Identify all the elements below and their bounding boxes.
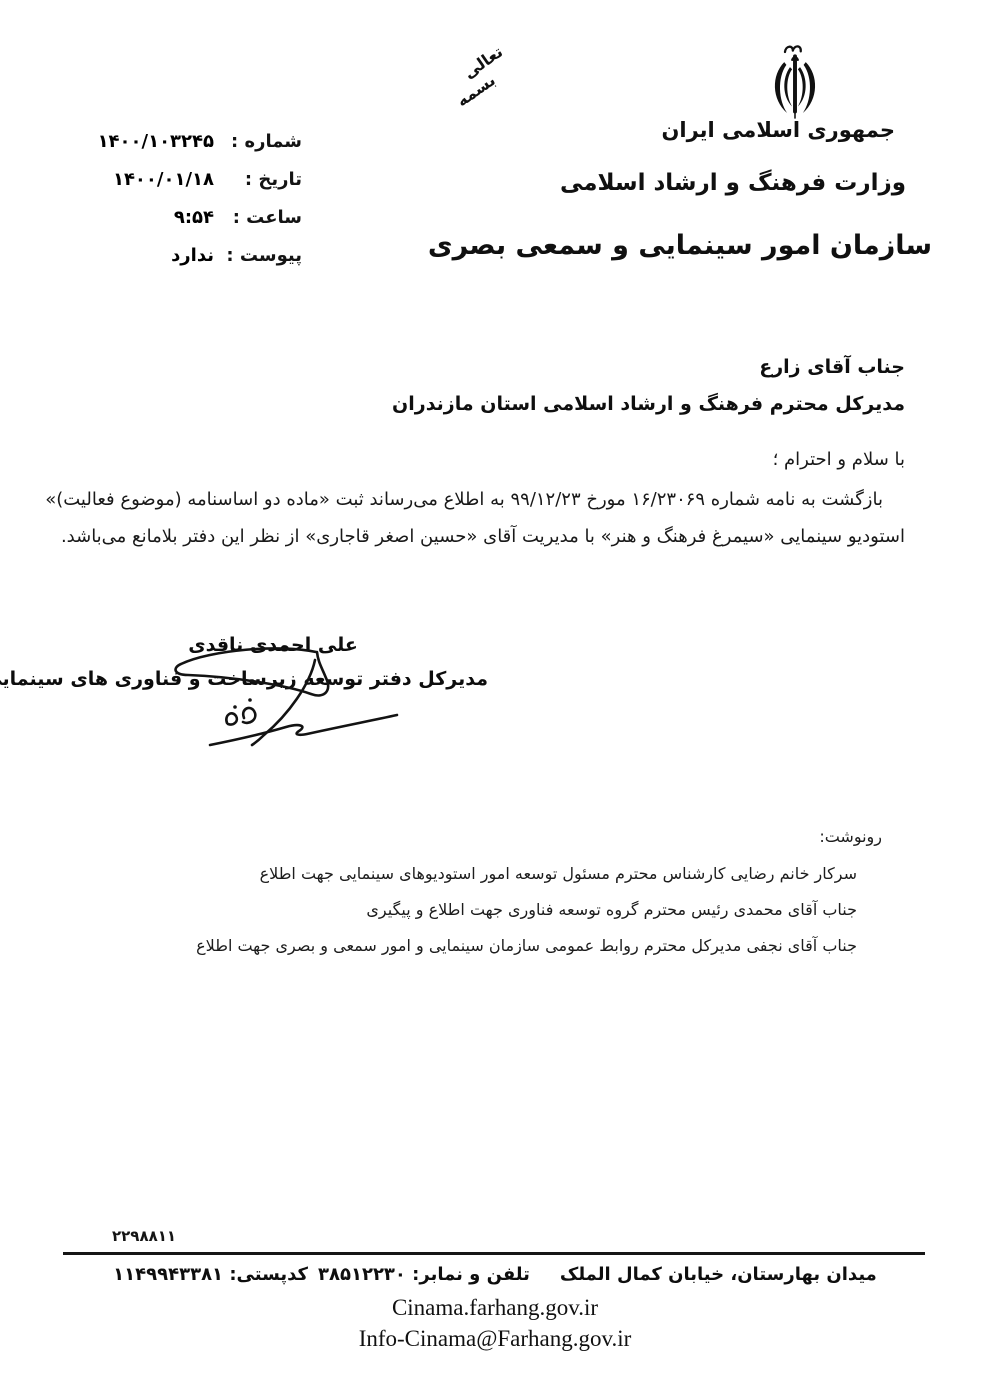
cc-heading: رونوشت: xyxy=(819,827,882,846)
meta-row-number: شماره : ۱۴۰۰/۱۰۳۲۴۵ xyxy=(98,131,302,152)
letter-body: بازگشت به نامه شماره ۱۶/۲۳۰۶۹ مورخ ۹۹/۱۲… xyxy=(80,481,905,555)
meta-label-date: تاریخ : xyxy=(224,169,302,190)
letter-meta-block: شماره : ۱۴۰۰/۱۰۳۲۴۵ تاریخ : ۱۴۰۰/۰۱/۱۸ س… xyxy=(98,131,302,283)
iran-emblem-icon xyxy=(762,42,828,128)
footer-email: Info-Cinama@Farhang.gov.ir xyxy=(0,1326,990,1352)
footer-website: Cinama.farhang.gov.ir xyxy=(0,1295,990,1321)
scanned-letter-page: تعالی بسمه جمهوری اسلامی ایران وزارت فره… xyxy=(0,0,990,1400)
handwritten-signature xyxy=(168,622,496,764)
cc-item-1: سرکار خانم رضایی کارشناس محترم مسئول توس… xyxy=(196,856,857,892)
meta-row-attachment: پیوست : ندارد xyxy=(98,245,302,266)
meta-value-date: ۱۴۰۰/۰۱/۱۸ xyxy=(113,169,214,190)
meta-row-date: تاریخ : ۱۴۰۰/۰۱/۱۸ xyxy=(98,169,302,190)
recipient-title: مدیرکل محترم فرهنگ و ارشاد اسلامی استان … xyxy=(392,386,905,423)
footer-address-row: میدان بهارستان، خیابان کمال الملک تلفن و… xyxy=(0,1264,990,1285)
cc-item-3: جناب آقای نجفی مدیرکل محترم روابط عمومی … xyxy=(196,928,857,964)
meta-value-number: ۱۴۰۰/۱۰۳۲۴۵ xyxy=(98,131,214,152)
salutation: با سلام و احترام ؛ xyxy=(773,449,905,470)
meta-label-time: ساعت : xyxy=(224,207,302,228)
recipient-name: جناب آقای زارع xyxy=(392,349,905,386)
footer-divider xyxy=(63,1252,925,1255)
besmele-calligraphy: تعالی بسمه xyxy=(429,36,526,120)
meta-row-time: ساعت : ۹:۵۴ xyxy=(98,207,302,228)
meta-value-time: ۹:۵۴ xyxy=(174,207,214,228)
letterhead-ministry: وزارت فرهنگ و ارشاد اسلامی xyxy=(560,170,906,196)
body-line-1: بازگشت به نامه شماره ۱۶/۲۳۰۶۹ مورخ ۹۹/۱۲… xyxy=(80,481,905,518)
meta-label-number: شماره : xyxy=(224,131,302,152)
footer-postal-code: کدپستی: ۱۱۴۹۹۴۳۳۸۱ xyxy=(113,1264,308,1285)
body-line-2: استودیو سینمایی «سیمرغ فرهنگ و هنر» با م… xyxy=(80,518,905,555)
letterhead-republic: جمهوری اسلامی ایران xyxy=(661,118,895,142)
cc-list: سرکار خانم رضایی کارشناس محترم مسئول توس… xyxy=(196,856,857,964)
footer-address: میدان بهارستان، خیابان کمال الملک xyxy=(560,1264,877,1285)
meta-value-attachment: ندارد xyxy=(171,245,214,266)
letterhead-organization: سازمان امور سینمایی و سمعی بصری xyxy=(428,230,932,261)
meta-label-attachment: پیوست : xyxy=(224,245,302,266)
footer-doc-number: ۲۲۹۸۸۱۱ xyxy=(112,1227,176,1245)
cc-item-2: جناب آقای محمدی رئیس محترم گروه توسعه فن… xyxy=(196,892,857,928)
recipient-block: جناب آقای زارع مدیرکل محترم فرهنگ و ارشا… xyxy=(392,349,905,423)
footer-phone: تلفن و نمابر: ۳۸۵۱۲۲۳۰ xyxy=(318,1264,530,1285)
